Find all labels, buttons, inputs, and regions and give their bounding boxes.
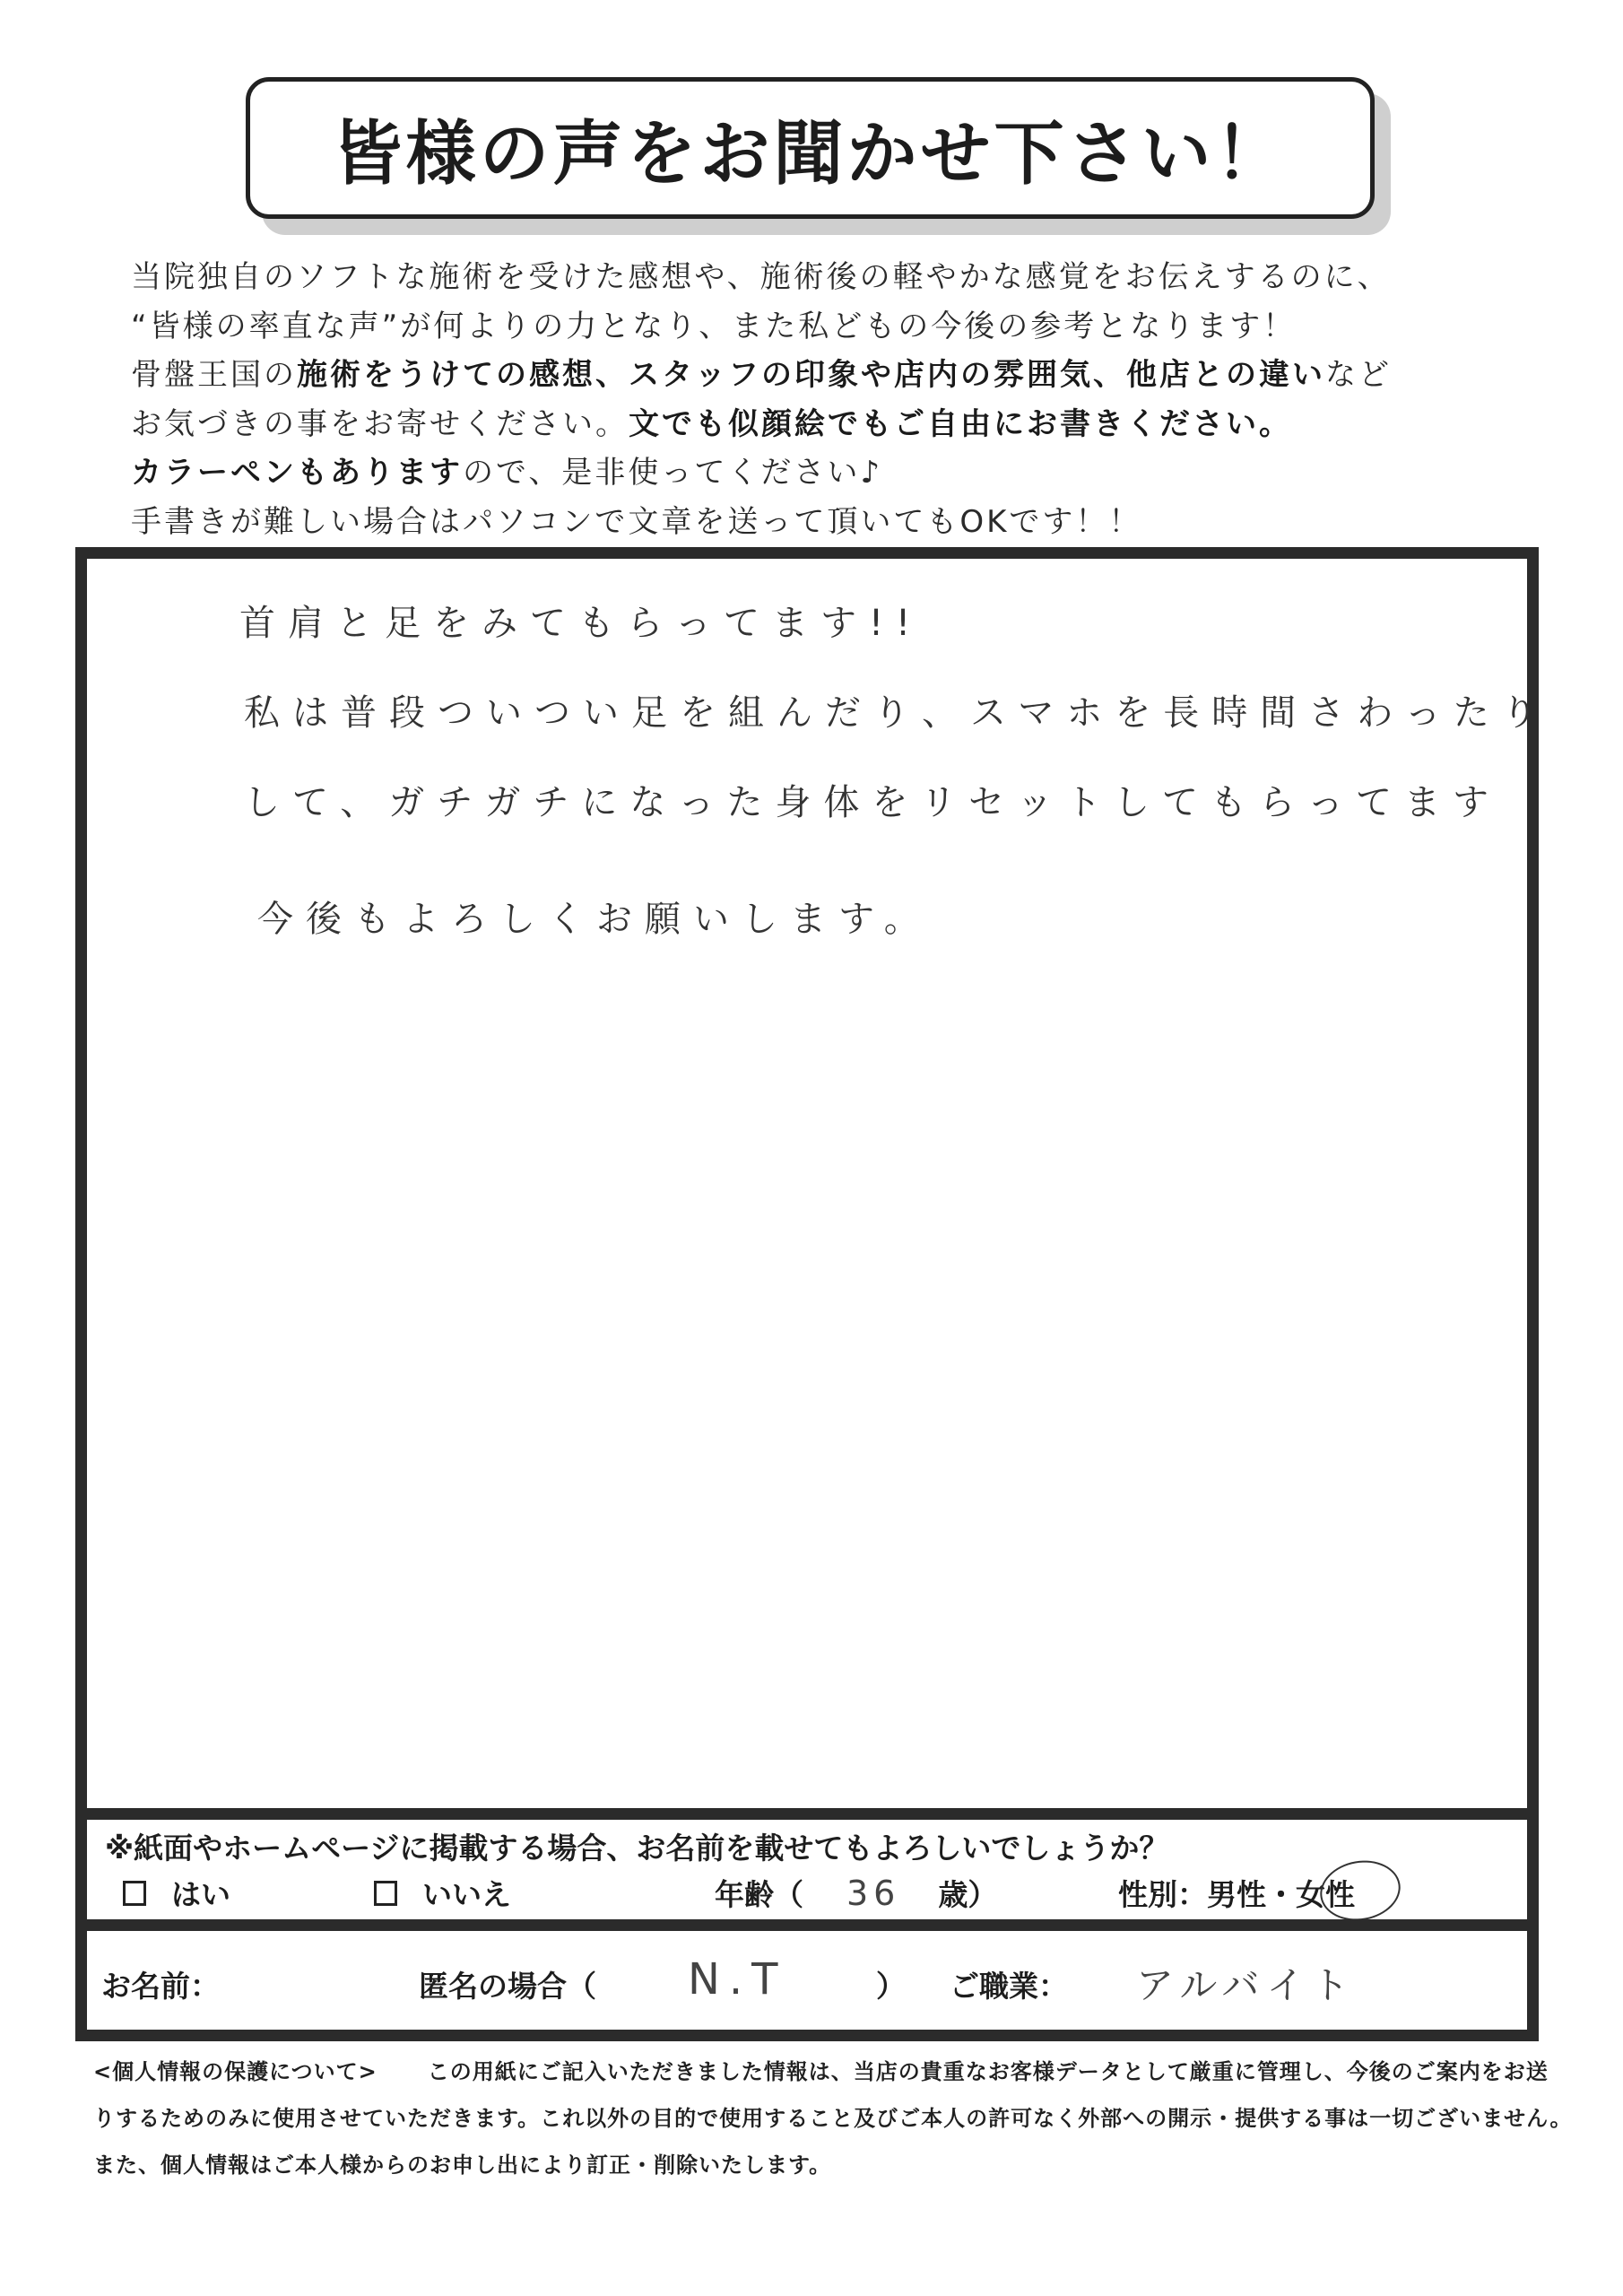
intro-line-5: カラーペンもありますので、是非使ってください♪ [131,448,1530,498]
privacy-line-1: <個人情報の保護について>この用紙にご記入いただきました情報は、当店の貴重なお客… [93,2048,1546,2095]
title-box: 皆様の声をお聞かせ下さい！ [246,77,1375,219]
privacy-line-2: りするためのみに使用させていただきます。これ以外の目的で使用すること及びご本人の… [93,2095,1546,2142]
intro-line-3: 骨盤王国の施術をうけての感想、スタッフの印象や店内の雰囲気、他店との違いなど [131,351,1530,400]
divider-consent [87,1808,1527,1820]
gender-selected-circle [1315,1855,1405,1927]
intro-line-5-post: ので、是非使ってください♪ [463,455,882,491]
age-field[interactable]: 年齢（36歳） [715,1872,997,1914]
privacy-notice: <個人情報の保護について>この用紙にご記入いただきました情報は、当店の貴重なお客… [93,2048,1546,2188]
divider-name [87,1919,1527,1931]
checkbox-no[interactable] [374,1881,397,1906]
intro-line-3-pre: 骨盤王国の [131,357,297,393]
consent-row: ※紙面やホームページに掲載する場合、お名前を載せてもよろしいでしょうか？ はい … [87,1820,1527,1919]
name-label: お名前： [101,1963,220,2005]
anonymous-value[interactable]: N.T [688,1954,786,2005]
comment-line-2: 私は普段ついつい足を組んだり、スマホを長時間さわったり [244,684,1550,735]
comment-line-1: 首肩と足をみてもらってます!! [239,595,923,646]
consent-no-label: いいえ [422,1872,511,1914]
intro-line-6: 手書きが難しい場合はパソコンで文章を送って頂いてもOKです！！ [131,498,1530,547]
consent-no-option[interactable]: いいえ [374,1872,511,1914]
intro-line-1: 当院独自のソフトな施術を受けた感想や、施術後の軽やかな感覚をお伝えするのに、 [131,253,1530,302]
comment-line-3: して、ガチガチになった身体をリセットしてもらってます [244,774,1501,825]
intro-line-4: お気づきの事をお寄せください。文でも似顔絵でもご自由にお書きください。 [131,400,1530,449]
name-row: お名前： 匿名の場合（ N.T ） ご職業： アルバイト [87,1931,1527,2030]
privacy-line-3: また、個人情報はご本人様からのお申し出により訂正・削除いたします。 [93,2142,1546,2188]
privacy-heading: <個人情報の保護について> [93,2059,378,2084]
anonymous-close: ） [876,1963,906,2005]
intro-line-5-bold: カラーペンもあります [131,455,463,491]
intro-line-4-bold: 文でも似顔絵でもご自由にお書きください。 [629,406,1292,442]
occupation-value[interactable]: アルバイト [1136,1956,1356,2010]
age-label-pre: 年齢（ [715,1877,803,1912]
intro-line-3-bold: 施術をうけての感想、スタッフの印象や店内の雰囲気、他店との違い [297,357,1325,393]
feedback-form: 首肩と足をみてもらってます!! 私は普段ついつい足を組んだり、スマホを長時間さわ… [75,547,1539,2041]
occupation-label: ご職業： [950,1963,1068,2005]
privacy-text-1: この用紙にご記入いただきました情報は、当店の貴重なお客様データとして厳重に管理し… [428,2059,1549,2084]
age-label-post: 歳） [938,1877,997,1912]
intro-text: 当院独自のソフトな施術を受けた感想や、施術後の軽やかな感覚をお伝えするのに、 “… [131,253,1530,546]
consent-yes-option[interactable]: はい [123,1872,230,1914]
age-value[interactable]: 36 [846,1874,900,1913]
intro-line-4-pre: お気づきの事をお寄せください。 [131,406,629,442]
checkbox-yes[interactable] [123,1881,146,1906]
comment-area[interactable]: 首肩と足をみてもらってます!! 私は普段ついつい足を組んだり、スマホを長時間さわ… [87,559,1527,1808]
consent-yes-label: はい [171,1872,230,1914]
consent-question: ※紙面やホームページに掲載する場合、お名前を載せてもよろしいでしょうか？ [105,1825,1168,1867]
anonymous-label: 匿名の場合（ [419,1963,596,2005]
comment-line-4: 今後もよろしくお願いします。 [257,891,933,942]
intro-line-2: “皆様の率直な声”が何よりの力となり、また私どもの今後の参考となります！ [131,302,1530,352]
intro-line-3-post: など [1325,357,1392,393]
page-title: 皆様の声をお聞かせ下さい！ [332,98,1288,198]
